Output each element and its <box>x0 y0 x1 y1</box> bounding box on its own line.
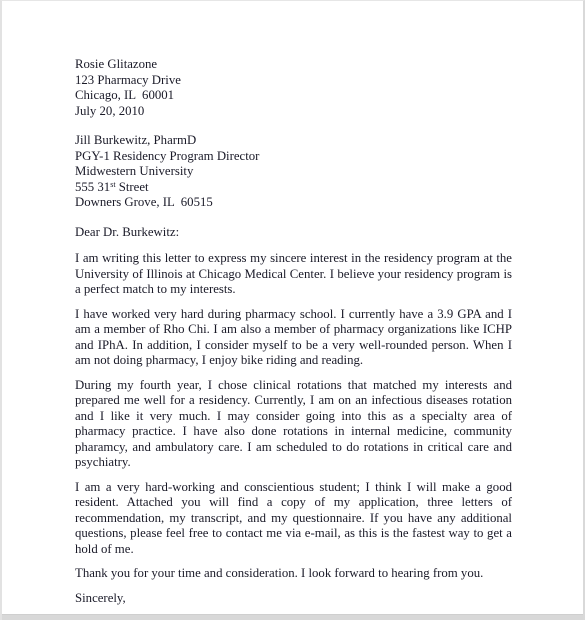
letter-date: July 20, 2010 <box>75 104 512 120</box>
letter-page: Rosie Glitazone 123 Pharmacy Drive Chica… <box>0 0 585 620</box>
recipient-street: 555 31st Street <box>75 180 512 196</box>
paragraph-thanks: Thank you for your time and consideratio… <box>75 566 512 582</box>
sender-street: 123 Pharmacy Drive <box>75 73 512 89</box>
closing: Sincerely, <box>75 591 512 607</box>
paragraph-rotations: During my fourth year, I chose clinical … <box>75 378 512 471</box>
salutation: Dear Dr. Burkewitz: <box>75 225 512 241</box>
paragraph-attachments: I am a very hard-working and conscientio… <box>75 480 512 558</box>
page-bottom-edge <box>2 614 583 620</box>
sender-name: Rosie Glitazone <box>75 57 512 73</box>
recipient-street-number: 555 31 <box>75 180 110 194</box>
recipient-street-rest: Street <box>116 180 149 194</box>
paragraph-intro: I am writing this letter to express my s… <box>75 251 512 298</box>
paragraph-qualifications: I have worked very hard during pharmacy … <box>75 307 512 369</box>
sender-address: Rosie Glitazone 123 Pharmacy Drive Chica… <box>75 57 512 119</box>
sender-city-line: Chicago, IL 60001 <box>75 88 512 104</box>
recipient-title: PGY-1 Residency Program Director <box>75 149 512 165</box>
recipient-name: Jill Burkewitz, PharmD <box>75 133 512 149</box>
recipient-address: Jill Burkewitz, PharmD PGY-1 Residency P… <box>75 133 512 211</box>
recipient-city-line: Downers Grove, IL 60515 <box>75 195 512 211</box>
recipient-organization: Midwestern University <box>75 164 512 180</box>
letter-content: Rosie Glitazone 123 Pharmacy Drive Chica… <box>75 57 512 606</box>
